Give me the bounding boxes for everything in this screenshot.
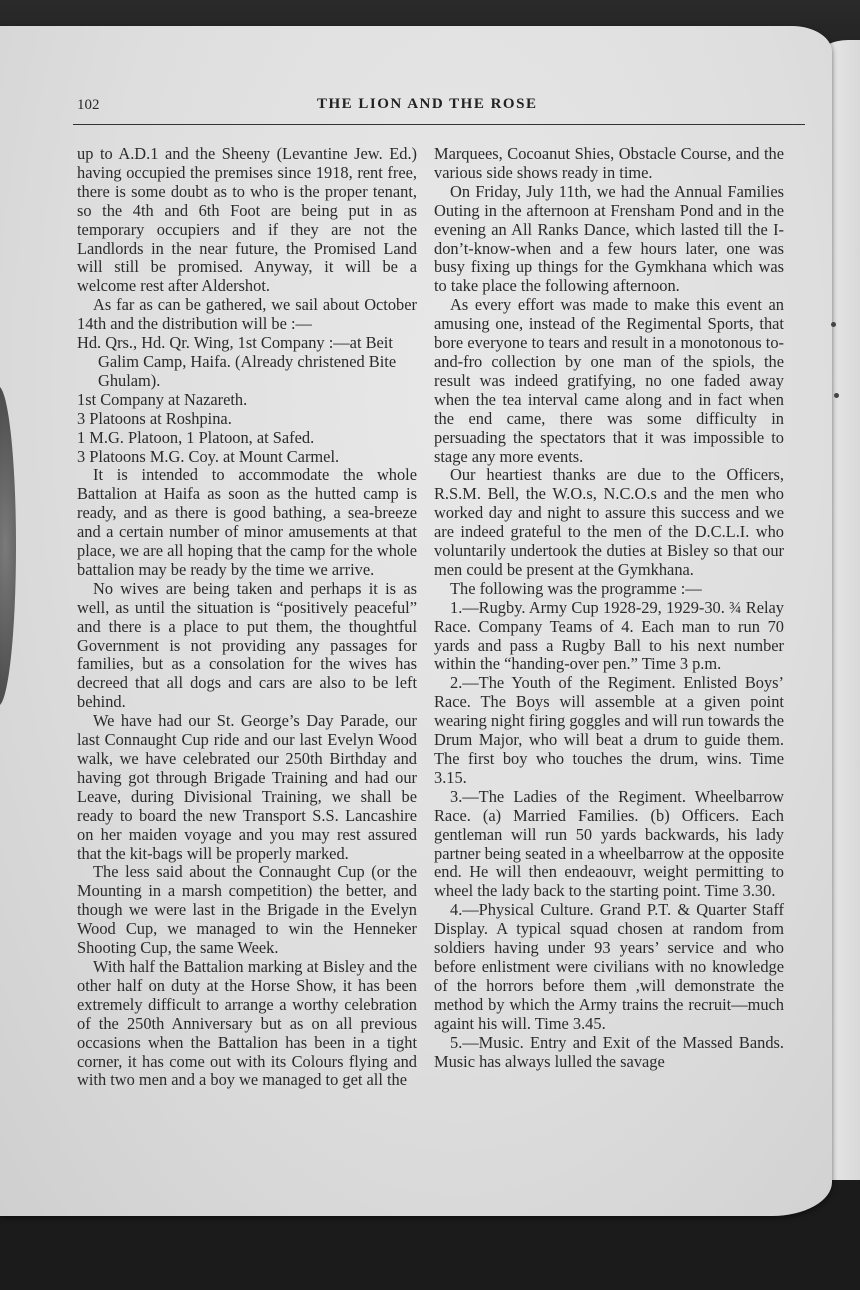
paragraph: On Friday, July 11th, we had the Annual … [434, 183, 784, 296]
left-column: up to A.D.1 and the Sheeny (Levantine Je… [77, 145, 417, 1090]
programme-item: 3.—The Ladies of the Regiment. Wheelbarr… [434, 788, 784, 901]
paper-speck [834, 393, 839, 398]
page-header: 102 THE LION AND THE ROSE [77, 97, 802, 121]
paragraph: It is intended to accommodate the whole … [77, 466, 417, 579]
header-rule [73, 124, 805, 125]
programme-item: 1.—Rugby. Army Cup 1928-29, 1929-30. ¾ R… [434, 599, 784, 675]
distribution-item: 3 Platoons M.G. Coy. at Mount Carmel. [77, 448, 417, 467]
programme-item: 2.—The Youth of the Regiment. Enlisted B… [434, 674, 784, 787]
paragraph: As every effort was made to make this ev… [434, 296, 784, 466]
right-column: Marquees, Cocoanut Shies, Obstacle Cours… [434, 145, 784, 1071]
paper-speck [831, 322, 836, 327]
running-title: THE LION AND THE ROSE [317, 96, 537, 113]
paragraph: No wives are being taken and perhaps it … [77, 580, 417, 712]
paragraph: We have had our St. George’s Day Parade,… [77, 712, 417, 863]
programme-item: 4.—Physical Culture. Grand P.T. & Quarte… [434, 901, 784, 1033]
paragraph: up to A.D.1 and the Sheeny (Levantine Je… [77, 145, 417, 296]
distribution-item: Hd. Qrs., Hd. Qr. Wing, 1st Company :—at… [77, 334, 417, 391]
page-number: 102 [77, 97, 100, 114]
paragraph: The less said about the Connaught Cup (o… [77, 863, 417, 958]
paragraph: As far as can be gathered, we sail about… [77, 296, 417, 334]
paragraph: With half the Battalion marking at Bisle… [77, 958, 417, 1090]
paragraph: The following was the programme :— [434, 580, 784, 599]
distribution-item: 1 M.G. Platoon, 1 Platoon, at Safed. [77, 429, 417, 448]
paragraph: Marquees, Cocoanut Shies, Obstacle Cours… [434, 145, 784, 183]
thumb-shadow [0, 386, 16, 706]
paragraph: Our heartiest thanks are due to the Offi… [434, 466, 784, 579]
programme-item: 5.—Music. Entry and Exit of the Massed B… [434, 1034, 784, 1072]
distribution-item: 1st Company at Nazareth. [77, 391, 417, 410]
distribution-item: 3 Platoons at Roshpina. [77, 410, 417, 429]
